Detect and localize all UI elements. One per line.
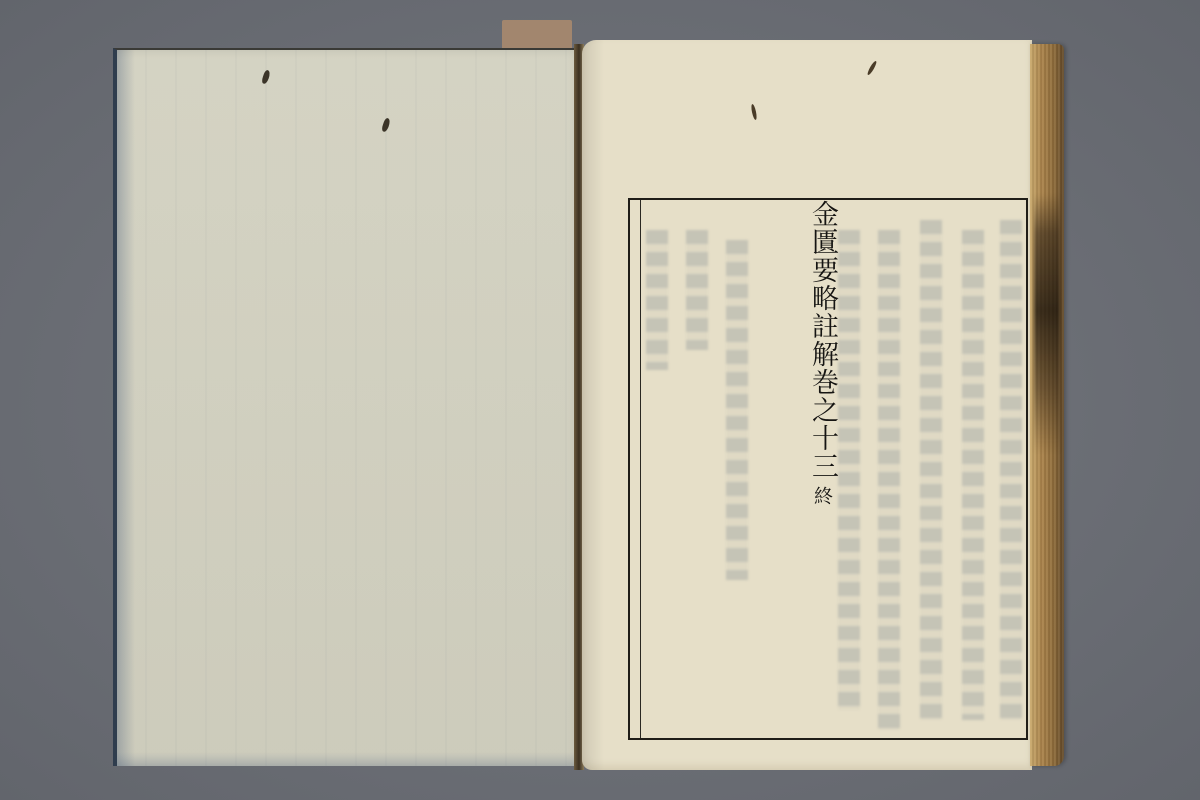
fore-edge-ink-mark [1034, 194, 1060, 454]
colophon-title: 金匱要略註解巻之十三終 [798, 200, 842, 506]
wormhole-mark [866, 60, 877, 76]
wormhole-mark [261, 69, 271, 84]
page-fore-edge [1030, 44, 1064, 766]
book-photo: 金匱要略註解巻之十三終 [0, 0, 1200, 800]
bleed-through-text [726, 240, 748, 580]
bleed-through-text [646, 230, 668, 370]
end-marker-text: 終 [802, 486, 842, 506]
left-page-blank [113, 48, 583, 766]
bleed-through-text [920, 220, 942, 720]
bleed-through-text [1000, 220, 1022, 720]
wormhole-mark [750, 104, 757, 120]
wormhole-mark [381, 117, 391, 132]
bleed-through-text [962, 230, 984, 720]
bleed-through-text [686, 230, 708, 350]
frame-inner-rule [640, 200, 641, 738]
bleed-through-text [878, 230, 900, 730]
volume-title-text: 金匱要略註解巻之十三 [807, 200, 838, 480]
